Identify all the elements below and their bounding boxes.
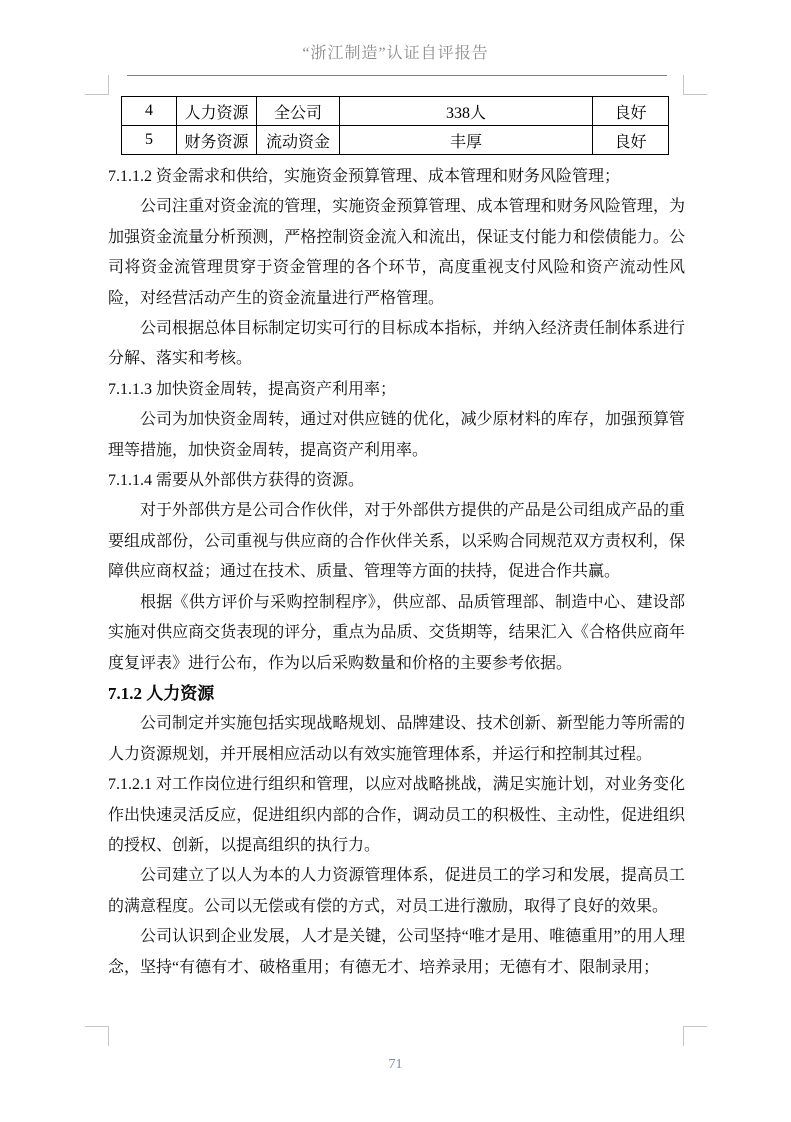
- clause-7112: 7.1.1.2 资金需求和供给，实施资金预算管理、成本管理和财务风险管理；: [108, 162, 685, 192]
- page-number: 71: [0, 1057, 791, 1073]
- paragraph: 公司建立了以人为本的人力资源管理体系，促进员工的学习和发展，提高员工的满意程度。…: [108, 861, 685, 922]
- cell-resource-rating: 良好: [593, 126, 669, 155]
- cell-resource-scope: 流动资金: [257, 126, 340, 155]
- running-header-title: “浙江制造”认证自评报告: [0, 40, 791, 63]
- cell-resource-scope: 全公司: [257, 97, 340, 126]
- table-row: 4 人力资源 全公司 338人 良好: [122, 97, 669, 126]
- clause-7121: 7.1.2.1 对工作岗位进行组织和管理，以应对战略挑战，满足实施计划，对业务变…: [108, 770, 685, 861]
- crop-mark-top-right: [683, 75, 707, 95]
- cell-resource-value: 丰厚: [340, 126, 593, 155]
- paragraph: 公司注重对资金流的管理，实施资金预算管理、成本管理和财务风险管理，为加强资金流量…: [108, 192, 685, 314]
- table-row: 5 财务资源 流动资金 丰厚 良好: [122, 126, 669, 155]
- cell-row-number: 5: [122, 126, 177, 155]
- crop-mark-top-left: [85, 75, 109, 95]
- resource-table: 4 人力资源 全公司 338人 良好 5 财务资源 流动资金 丰厚 良好: [121, 96, 669, 155]
- paragraph: 对于外部供方是公司合作伙伴，对于外部供方提供的产品是公司组成产品的重要组成部份，…: [108, 496, 685, 587]
- cell-resource-rating: 良好: [593, 97, 669, 126]
- cell-resource-name: 人力资源: [177, 97, 257, 126]
- cell-resource-value: 338人: [340, 97, 593, 126]
- document-body: 7.1.1.2 资金需求和供给，实施资金预算管理、成本管理和财务风险管理； 公司…: [108, 162, 685, 983]
- document-page: “浙江制造”认证自评报告 4 人力资源 全公司 338人 良好 5 财务资源 流…: [0, 0, 791, 1122]
- cell-row-number: 4: [122, 97, 177, 126]
- clause-7113: 7.1.1.3 加快资金周转，提高资产利用率；: [108, 375, 685, 405]
- clause-7114: 7.1.1.4 需要从外部供方获得的资源。: [108, 466, 685, 496]
- section-heading-712: 7.1.2 人力资源: [108, 679, 685, 709]
- paragraph: 公司根据总体目标制定切实可行的目标成本指标，并纳入经济责任制体系进行分解、落实和…: [108, 314, 685, 375]
- crop-mark-bottom-right: [683, 1026, 707, 1046]
- paragraph: 公司认识到企业发展，人才是关键，公司坚持“唯才是用、唯德重用”的用人理念，坚持“…: [108, 922, 685, 983]
- paragraph: 公司制定并实施包括实现战略规划、品牌建设、技术创新、新型能力等所需的人力资源规划…: [108, 709, 685, 770]
- cell-resource-name: 财务资源: [177, 126, 257, 155]
- header-rule: [127, 75, 667, 76]
- paragraph: 公司为加快资金周转，通过对供应链的优化，减少原材料的库存，加强预算管理等措施，加…: [108, 405, 685, 466]
- paragraph: 根据《供方评价与采购控制程序》，供应部、品质管理部、制造中心、建设部实施对供应商…: [108, 588, 685, 679]
- crop-mark-bottom-left: [85, 1026, 109, 1046]
